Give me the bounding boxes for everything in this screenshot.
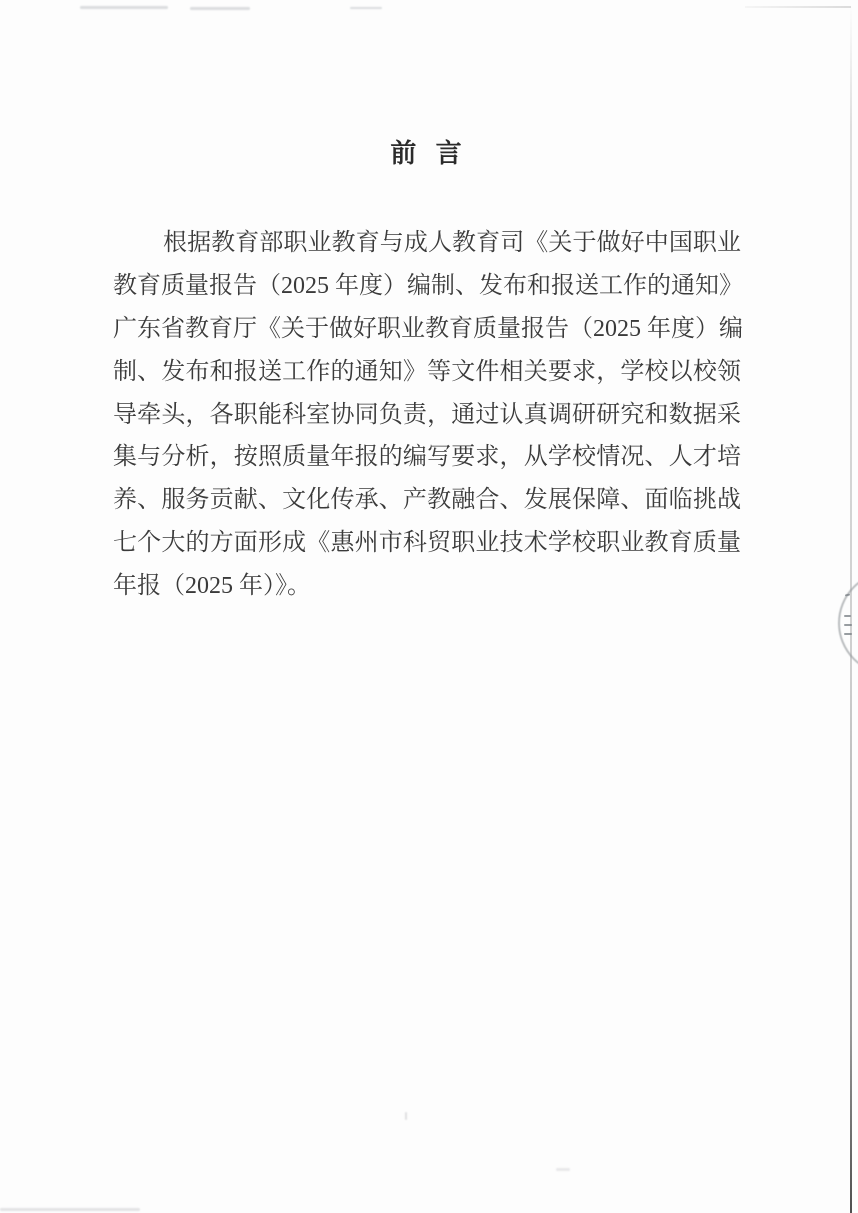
scan-smudge <box>0 1208 140 1211</box>
paragraph-line: 年报（2025 年）》。 <box>113 565 741 608</box>
paragraph-line: 根据教育部职业教育与成人教育司《关于做好中国职业 <box>113 222 741 265</box>
paragraph-line: 制、发布和报送工作的通知》等文件相关要求，学校以校领 <box>113 351 741 394</box>
scan-smudge <box>556 1168 570 1171</box>
page-edge-shadow-top <box>745 6 851 8</box>
paragraph-line: 七个大的方面形成《惠州市科贸职业技术学校职业教育质量 <box>113 522 741 565</box>
scan-smudge <box>350 7 382 9</box>
paragraph-line: 导牵头，各职能科室协同负责，通过认真调研研究和数据采 <box>113 394 741 437</box>
scan-smudge <box>405 1112 407 1120</box>
paragraph-line: 广东省教育厅《关于做好职业教育质量报告（2025 年度）编 <box>113 308 741 351</box>
preface-paragraph: 根据教育部职业教育与成人教育司《关于做好中国职业 教育质量报告（2025 年度）… <box>113 222 741 608</box>
scan-smudge <box>190 7 250 10</box>
seal-arc <box>838 571 858 675</box>
page-title: 前 言 <box>113 133 741 170</box>
paragraph-line: 养、服务贡献、文化传承、产教融合、发展保障、面临挑战 <box>113 479 741 522</box>
seal-mark <box>844 615 851 617</box>
seal-mark <box>844 624 852 626</box>
scan-smudge <box>80 6 168 9</box>
seal-mark <box>844 633 852 635</box>
paragraph-line: 教育质量报告（2025 年度）编制、发布和报送工作的通知》 <box>113 265 741 308</box>
paragraph-line: 集与分析，按照质量年报的编写要求，从学校情况、人才培 <box>113 436 741 479</box>
scanned-document-page: 前 言 根据教育部职业教育与成人教育司《关于做好中国职业 教育质量报告（2025… <box>0 0 858 1213</box>
